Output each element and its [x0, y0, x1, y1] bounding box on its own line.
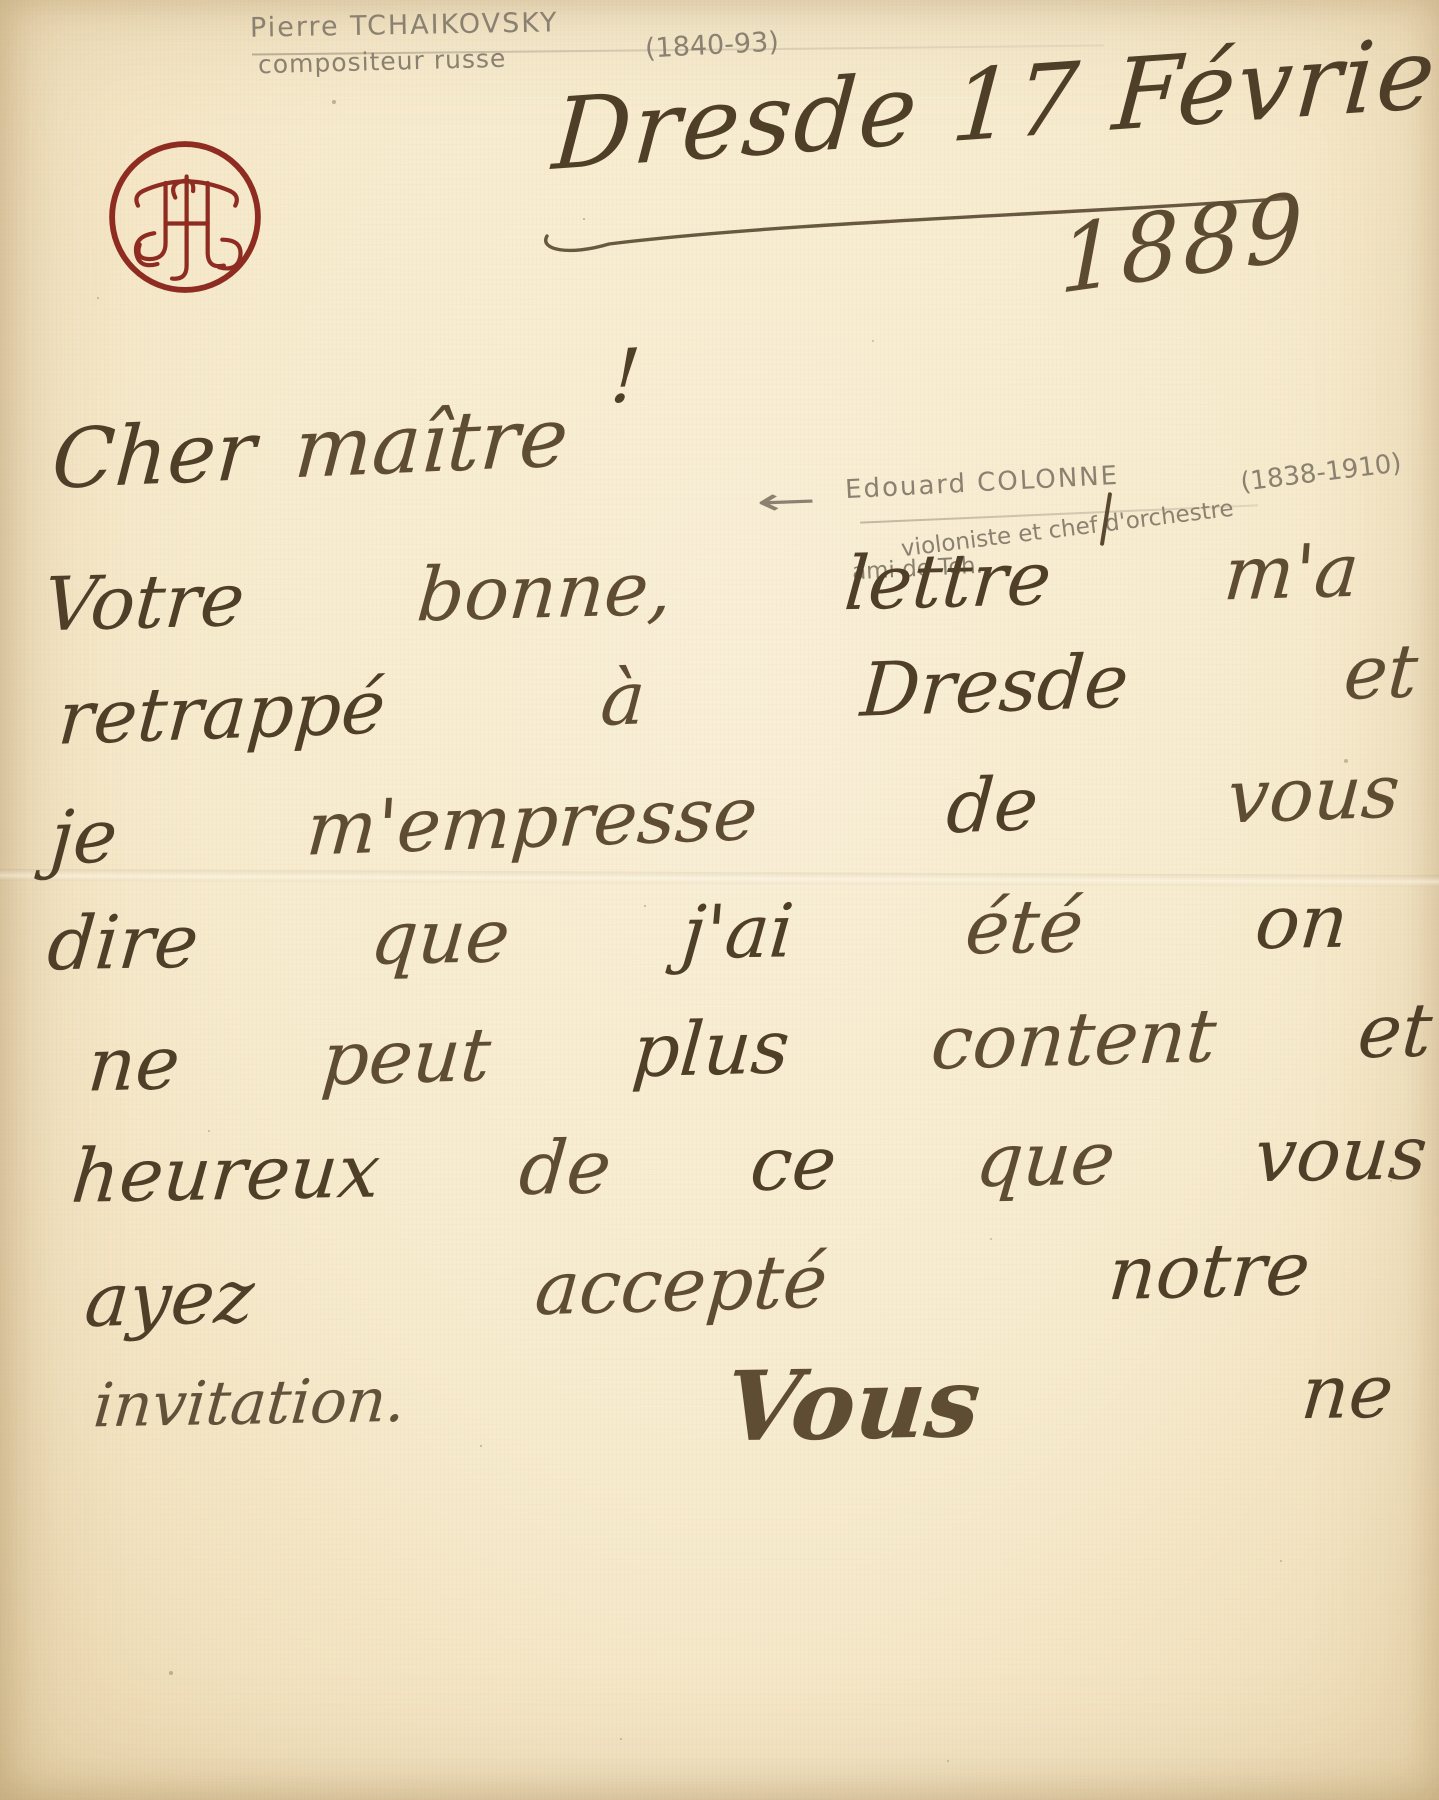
- letter-year: 1889: [1059, 172, 1307, 315]
- handwritten-word: vous: [1225, 748, 1403, 840]
- handwritten-word: accepté: [532, 1239, 830, 1333]
- handwritten-word: content: [928, 993, 1219, 1087]
- handwritten-word: dire: [44, 899, 202, 988]
- annotation-author-dates: (1840-93): [644, 27, 779, 65]
- handwriting-line: direquej'aiétéon: [44, 879, 1351, 988]
- annotation-recipient-name: Edouard COLONNE: [844, 461, 1119, 505]
- handwritten-word: Votre: [41, 557, 248, 648]
- handwritten-word: lettre: [842, 536, 1055, 628]
- handwriting-line: nepeutpluscontentet: [85, 987, 1435, 1108]
- handwritten-word: et: [1341, 628, 1421, 717]
- handwritten-word: ce: [747, 1120, 840, 1208]
- handwritten-word: de: [516, 1124, 615, 1212]
- handwritten-word: retrappé: [55, 664, 388, 762]
- handwritten-word: invitation.: [87, 1366, 408, 1485]
- handwritten-word: plus: [629, 1004, 792, 1094]
- handwritten-word: à: [598, 655, 648, 743]
- handwritten-word: m'empresse: [304, 771, 761, 873]
- handwritten-word: j'ai: [678, 888, 797, 976]
- handwritten-word: vous: [1251, 1110, 1431, 1199]
- handwritten-word: maître: [292, 390, 571, 497]
- handwritten-word: été: [962, 883, 1087, 971]
- handwritten-word: Cher: [49, 404, 258, 508]
- handwritten-word: Vous: [721, 1346, 985, 1464]
- handwritten-word: heureux: [68, 1128, 383, 1220]
- salutation-line: Chermaître!: [49, 387, 639, 508]
- handwritten-word: peut: [319, 1012, 494, 1103]
- handwritten-word: notre: [1105, 1226, 1313, 1317]
- handwritten-word: je: [47, 793, 120, 882]
- handwritten-word: de: [944, 761, 1041, 850]
- handwritten-word: on: [1252, 879, 1352, 967]
- annotation-author-role: compositeur russe: [258, 44, 507, 79]
- handwritten-word: et: [1355, 987, 1435, 1075]
- handwritten-word: que: [367, 893, 513, 982]
- handwritten-word: bonne,: [414, 546, 675, 639]
- handwriting-line: retrappéàDresdeet: [55, 628, 1420, 762]
- handwritten-word: Dresde: [858, 638, 1132, 734]
- annotation-author-name: Pierre TCHAIKOVSKY: [250, 7, 559, 43]
- handwritten-word: ayez: [82, 1254, 257, 1345]
- handwritten-word: ne: [85, 1020, 183, 1109]
- handwritten-word: ne: [1295, 1349, 1396, 1464]
- handwritten-word: !: [607, 333, 642, 430]
- handwriting-line: ayezaccepténotre: [82, 1226, 1313, 1344]
- handwriting-line: heureuxdecequevous: [68, 1110, 1430, 1220]
- handwritten-word: que: [972, 1116, 1118, 1205]
- handwriting-line: jem'empressedevous: [47, 748, 1402, 881]
- paper-specks: [0, 0, 2, 2]
- handwriting-line: invitation.Vousne: [87, 1349, 1397, 1485]
- annotation-recipient-dates: (1838-1910): [1239, 448, 1403, 498]
- monogram-seal-icon: [104, 136, 266, 298]
- letter-page: Pierre TCHAIKOVSKY compositeur russe (18…: [0, 0, 1439, 1800]
- handwritten-word: m'a: [1221, 528, 1362, 618]
- handwriting-line: Votrebonne,lettrem'a: [41, 528, 1362, 649]
- left-arrow-icon: ←: [753, 478, 819, 524]
